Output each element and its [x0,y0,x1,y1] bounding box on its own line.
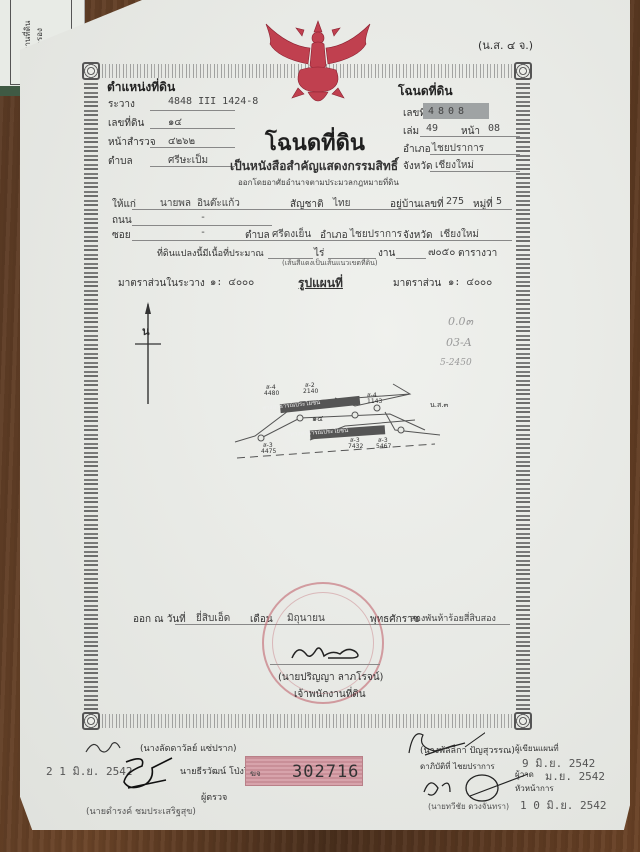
scale-right-value: ๑: ๔๐๐๐ [448,275,492,290]
marker-value: 2140 [303,388,318,395]
document-authority: ออกโดยอาศัยอำนาจตามประมวลกฎหมายที่ดิน [238,176,399,189]
parcel-number: ๑๔ [312,412,323,425]
sqwa-value: ๗๐๕๐ [428,245,455,260]
handwritten-note: 0.0๓ [448,312,473,330]
corner-ornament-icon [82,62,100,80]
officer-name: (นายปริญญา ลาภโรจน์) [278,670,383,685]
deed-number-value: 4808 [428,106,468,117]
map-side-note: น.ส.๓ [430,400,448,411]
field-label-parcel-no: เลขที่ดิน [108,116,144,131]
book-label: เล่ม [403,124,419,139]
page-value: 08 [488,123,500,134]
issued-year: สองพันห้าร้อยสี่สิบสอง [410,611,496,625]
officer-title: เจ้าพนักงานที่ดิน [294,687,366,702]
corner-ornament-icon [82,712,100,730]
marker-value: 4480 [264,390,279,397]
marker-value: 7432 [348,443,363,450]
form-reference: (น.ส. ๔ จ.) [478,36,533,54]
signature [116,752,176,794]
serial-number: 302716 [292,762,359,782]
deed-province-label: จังหวัด [403,159,432,174]
deed-district-label: อำเภอ [403,142,431,157]
handwritten-note: 03-A [446,336,472,349]
document-title: โฉนดที่ดิน [265,125,365,160]
north-label: น [142,322,150,340]
scale-left-value: ๑: ๔๐๐๐ [210,275,254,290]
signature [420,770,530,804]
soi-value: - [200,227,206,238]
field-label-map-sheet: ระวาง [108,97,135,112]
road-value: - [200,212,206,223]
handwritten-note: 5-2450 [440,358,472,368]
signatory-4: (นางพัลลิกา ปัญสุวรรณ) [420,743,515,757]
drawer-label: ผู้วาด [515,768,534,781]
soi-label: ซอย [112,228,131,243]
officer-signature [288,640,368,665]
signatory-3: (นายดำรงค์ ชมประเสริฐสุข) [86,804,196,818]
serial-number-stamp: ฆจ 302716 [245,756,363,786]
inspector-role: ผู้ตรวจ [201,790,227,804]
location-header: ตำแหน่งที่ดิน [107,78,175,97]
road-label: ถนน [112,213,132,228]
signatory-6: (นายทวีชัย ดวงจันทรา) [428,800,509,813]
date-stamp-r3: 1 0 มิ.ย. 2542 [520,796,607,814]
field-label-subdistrict: ตำบล [108,154,133,169]
document-subtitle: เป็นหนังสือสำคัญแสดงกรรมสิทธิ์ [230,157,398,176]
date-stamp-r2: ม.ย. 2542 [545,767,605,785]
deed-header: โฉนดที่ดิน [398,82,453,101]
chief-label: หัวหน้าการ [515,782,554,795]
marker-value: 1143 [367,398,382,405]
book-value: 49 [426,123,438,134]
ngan-label: งาน [378,246,395,261]
serial-prefix: ฆจ [250,767,261,780]
moo-value: 5 [496,196,502,207]
marker-value: 5467 [376,443,391,450]
north-arrow-icon [133,300,163,410]
marker-value: 4475 [261,448,276,455]
sqwa-label: ตารางวา [458,246,497,261]
map-title: รูปแผนที่ [298,274,343,293]
scale-left-label: มาตราส่วนในระวาง [118,276,205,291]
scale-right-label: มาตราส่วน [393,276,441,291]
field-label-survey-page: หน้าสำรวจ [108,135,156,150]
boundary-note: (เส้นสีแดงเป็นเส้นแนวเขตที่ดิน) [282,258,378,269]
garuda-emblem-icon [258,18,378,113]
field-value-map-sheet: 4848 III 1424-8 [168,96,258,107]
house-no-value: 275 [446,196,464,207]
area-label: ที่ดินแปลงนี้มีเนื้อที่ประมาณ [157,246,264,260]
corner-ornament-icon [514,62,532,80]
corner-ornament-icon [514,712,532,730]
